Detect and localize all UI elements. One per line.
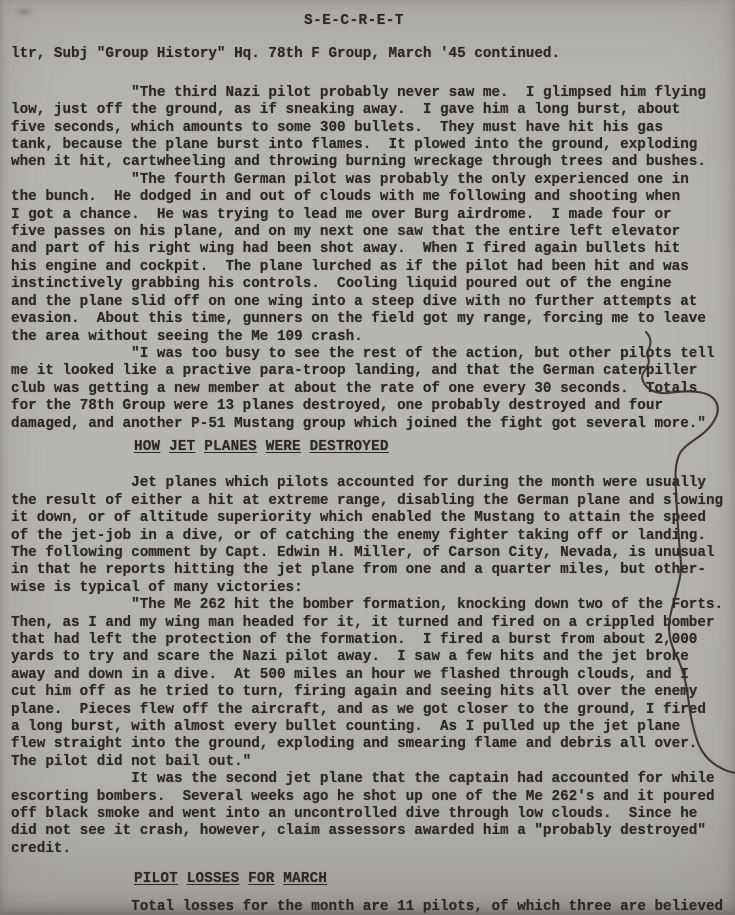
section-heading-pilot-losses-for-march: PILOT LOSSES FOR MARCH bbox=[134, 871, 735, 888]
classification-header: S-E-C-R-E-T bbox=[11, 13, 697, 30]
paragraph-second-jet-plane: It was the second jet plane that the cap… bbox=[11, 771, 735, 858]
document-page: S-E-C-R-E-T ltr, Subj "Group History" Hq… bbox=[0, 0, 735, 915]
paragraph-third-nazi-pilot: "The third Nazi pilot probably never saw… bbox=[11, 85, 735, 172]
paragraph-jet-planes-intro: Jet planes which pilots accounted for du… bbox=[11, 475, 735, 597]
paragraph-fourth-german-pilot: "The fourth German pilot was probably th… bbox=[11, 172, 735, 346]
paragraph-me262-combat-account: "The Me 262 hit the bomber formation, kn… bbox=[11, 597, 735, 771]
paragraph-action-totals: "I was too busy to see the rest of the a… bbox=[11, 346, 735, 433]
page-bottom-edge-shadow bbox=[0, 911, 735, 915]
section-heading-how-jet-planes-were-destroyed: HOW JET PLANES WERE DESTROYED bbox=[134, 439, 735, 456]
subject-line: ltr, Subj "Group History" Hq. 78th F Gro… bbox=[11, 46, 735, 63]
document-body: S-E-C-R-E-T ltr, Subj "Group History" Hq… bbox=[0, 0, 735, 915]
scan-smudge bbox=[14, 7, 34, 17]
